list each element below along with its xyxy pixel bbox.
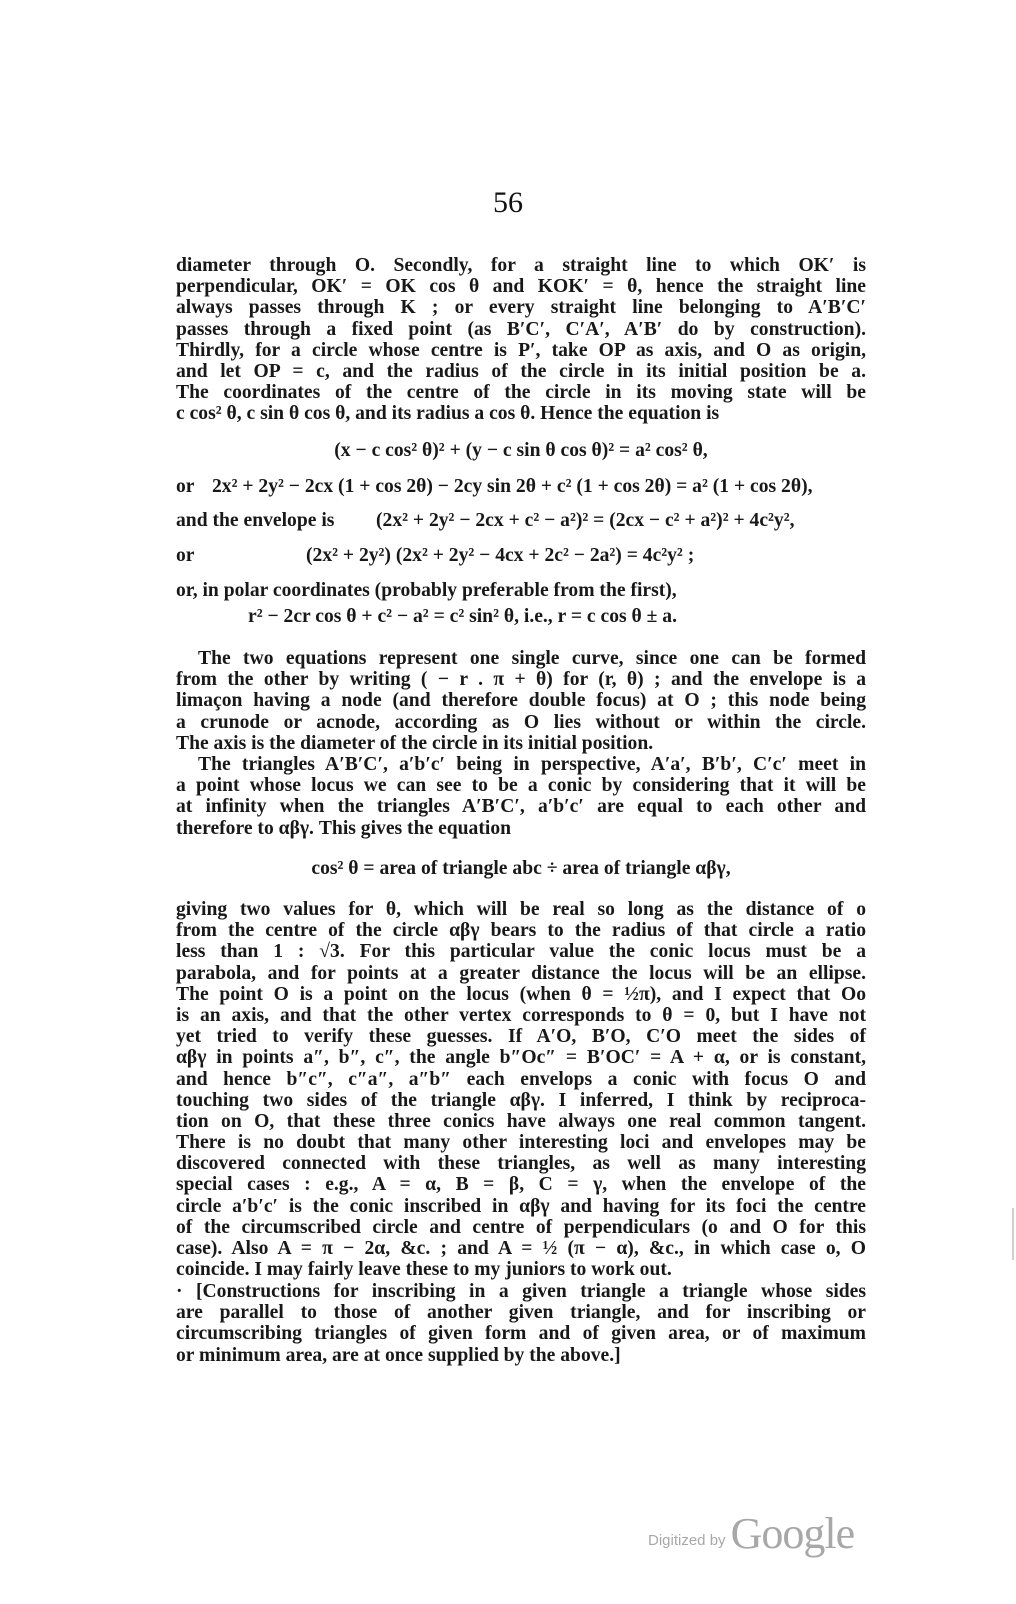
document-page: 56 diameter through O. Secondly, for a s… xyxy=(0,0,1016,1604)
google-logo: Google xyxy=(731,1509,855,1558)
text-line: passes through a fixed point (as B′C′, C… xyxy=(176,319,866,340)
paragraph-3: The triangles A′B′C′, a′b′c′ being in pe… xyxy=(176,754,866,839)
paragraph-5: · [Constructions for inscribing in a giv… xyxy=(176,1281,866,1366)
equation-2: 2x² + 2y² − 2cx (1 + cos 2θ) − 2cy sin 2… xyxy=(212,476,813,498)
polar-intro: or, in polar coordinates (probably prefe… xyxy=(176,580,677,602)
equation-6: cos² θ = area of triangle abc ÷ area of … xyxy=(176,858,866,880)
text-line: and hence b″c″, c″a″, a″b″ each envelops… xyxy=(176,1069,866,1090)
text-line: tion on O, that these three conics have … xyxy=(176,1111,866,1132)
text-line: from the centre of the circle αβγ bears … xyxy=(176,920,866,941)
text-line: a crunode or acnode, according as O lies… xyxy=(176,712,866,733)
scan-edge-mark xyxy=(1012,1208,1014,1260)
equation-2-lead: or xyxy=(176,476,195,498)
text-line: The coordinates of the centre of the cir… xyxy=(176,382,866,403)
text-line: is an axis, and that the other vertex co… xyxy=(176,1005,866,1026)
text-line: · [Constructions for inscribing in a giv… xyxy=(176,1281,866,1302)
text-line: are parallel to those of another given t… xyxy=(176,1302,866,1323)
text-line: yet tried to verify these guesses. If A′… xyxy=(176,1026,866,1047)
paragraph-1: diameter through O. Secondly, for a stra… xyxy=(176,255,866,425)
paragraph-2: The two equations represent one single c… xyxy=(176,648,866,754)
text-line: special cases : e.g., A = α, B = β, C = … xyxy=(176,1174,866,1195)
equation-3-lead: and the envelope is xyxy=(176,510,334,532)
text-line: The point O is a point on the locus (whe… xyxy=(176,984,866,1005)
text-line: Thirdly, for a circle whose centre is P′… xyxy=(176,340,866,361)
text-line: or minimum area, are at once supplied by… xyxy=(176,1345,866,1366)
text-line: The two equations represent one single c… xyxy=(176,648,866,669)
text-line: from the other by writing ( − r . π + θ)… xyxy=(176,669,866,690)
equation-5: r² − 2cr cos θ + c² − a² = c² sin² θ, i.… xyxy=(248,606,677,628)
digitized-by-label: Digitized by xyxy=(648,1532,726,1549)
equation-4-lead: or xyxy=(176,545,195,567)
digitized-by-google-watermark: Digitized by Google xyxy=(648,1508,854,1559)
equation-3: (2x² + 2y² − 2cx + c² − a²)² = (2cx − c²… xyxy=(376,510,794,532)
text-line: giving two values for θ, which will be r… xyxy=(176,899,866,920)
text-line: case). Also A = π − 2α, &c. ; and A = ½ … xyxy=(176,1238,866,1259)
equation-4: (2x² + 2y²) (2x² + 2y² − 4cx + 2c² − 2a²… xyxy=(306,545,694,567)
equation-1: (x − c cos² θ)² + (y − c sin θ cos θ)² =… xyxy=(176,440,866,462)
text-line: perpendicular, OK′ = OK cos θ and KOK′ =… xyxy=(176,276,866,297)
text-line: circle a′b′c′ is the conic inscribed in … xyxy=(176,1196,866,1217)
text-line: The axis is the diameter of the circle i… xyxy=(176,733,866,754)
text-line: diameter through O. Secondly, for a stra… xyxy=(176,255,866,276)
text-line: The triangles A′B′C′, a′b′c′ being in pe… xyxy=(176,754,866,775)
text-line: coincide. I may fairly leave these to my… xyxy=(176,1259,866,1280)
text-line: always passes through K ; or every strai… xyxy=(176,297,866,318)
text-line: and let OP = c, and the radius of the ci… xyxy=(176,361,866,382)
text-line: c cos² θ, c sin θ cos θ, and its radius … xyxy=(176,403,866,424)
text-line: parabola, and for points at a greater di… xyxy=(176,963,866,984)
text-line: of the circumscribed circle and centre o… xyxy=(176,1217,866,1238)
text-line: at infinity when the triangles A′B′C′, a… xyxy=(176,796,866,817)
text-line: therefore to αβγ. This gives the equatio… xyxy=(176,818,866,839)
text-line: less than 1 : √3. For this particular va… xyxy=(176,941,866,962)
text-line: limaçon having a node (and therefore dou… xyxy=(176,690,866,711)
text-line: a point whose locus we can see to be a c… xyxy=(176,775,866,796)
text-line: There is no doubt that many other intere… xyxy=(176,1132,866,1153)
page-number: 56 xyxy=(0,186,1016,220)
text-line: αβγ in points a″, b″, c″, the angle b″Oc… xyxy=(176,1047,866,1068)
text-line: touching two sides of the triangle αβγ. … xyxy=(176,1090,866,1111)
paragraph-4: giving two values for θ, which will be r… xyxy=(176,899,866,1280)
text-line: discovered connected with these triangle… xyxy=(176,1153,866,1174)
text-line: circumscribing triangles of given form a… xyxy=(176,1323,866,1344)
